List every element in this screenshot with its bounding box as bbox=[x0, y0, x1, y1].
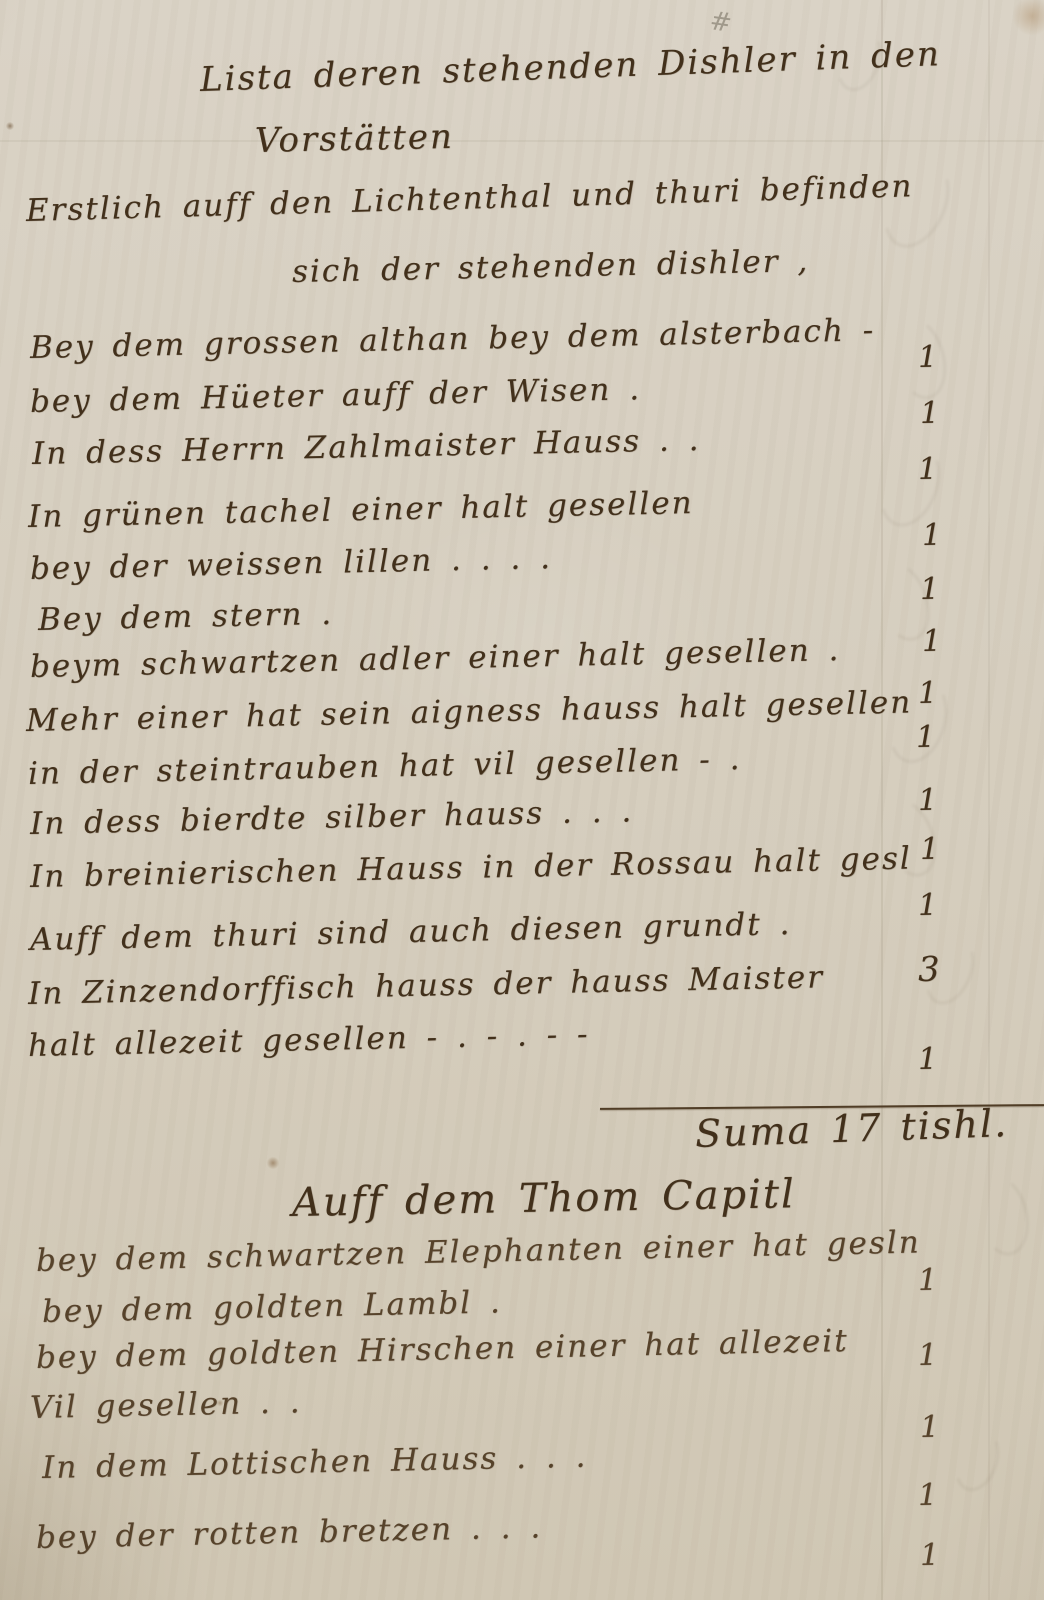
entry-line: bey dem goldten Hirschen einer hat allez… bbox=[36, 1323, 849, 1376]
sum-unit: tishl. bbox=[900, 1101, 1009, 1149]
entry-value: 1 bbox=[920, 572, 940, 607]
pencil-hash-mark: # bbox=[708, 6, 736, 39]
entry-value: 1 bbox=[918, 1263, 938, 1298]
entry-value: 1 bbox=[922, 624, 942, 659]
entry-line: In dess Herrn Zahlmaister Hauss . . bbox=[32, 422, 701, 472]
entry-line: Auff dem thuri sind auch diesen grundt . bbox=[30, 906, 792, 958]
manuscript-page: # Lista deren stehenden Dishler in den V… bbox=[0, 0, 1044, 1600]
sum-line: Suma17tishl. bbox=[694, 1100, 1027, 1156]
bleedthrough-mark bbox=[947, 1423, 1007, 1497]
fold-crease-vertical bbox=[988, 0, 990, 1600]
entry-value: 1 bbox=[916, 720, 936, 755]
entry-value: 1 bbox=[918, 340, 938, 375]
entry-line: In dess bierdte silber hauss . . . bbox=[30, 793, 634, 842]
entry-value: 1 bbox=[920, 1538, 940, 1573]
fold-crease-vertical bbox=[881, 0, 883, 1600]
entry-line: In breinierischen Hauss in der Rossau ha… bbox=[30, 841, 912, 895]
entry-line: bey dem schwartzen Elephanten einer hat … bbox=[36, 1224, 921, 1279]
entry-line: bey dem Hüeter auff der Wisen . bbox=[30, 371, 642, 420]
entry-value: 1 bbox=[920, 396, 940, 431]
entry-line: Vil gesellen . . bbox=[30, 1384, 302, 1426]
entry-value: 1 bbox=[918, 676, 938, 711]
entry-line: in der steintrauben hat vil gesellen - . bbox=[28, 741, 742, 792]
page-title-line-1: Lista deren stehenden Dishler in den bbox=[199, 34, 941, 100]
bleedthrough-mark bbox=[970, 1172, 1036, 1261]
entry-value: 1 bbox=[922, 518, 942, 553]
entry-line: Bey dem grossen althan bey dem alsterbac… bbox=[30, 312, 876, 366]
entry-value: 1 bbox=[918, 1338, 938, 1373]
entry-value: 1 bbox=[918, 1478, 938, 1513]
entry-value: 1 bbox=[918, 1042, 938, 1077]
sum-label: Suma bbox=[694, 1108, 813, 1156]
entry-value: 3 bbox=[918, 950, 940, 990]
entry-line: halt allezeit gesellen - . - . - - bbox=[28, 1016, 590, 1064]
page-title-line-2: Vorstätten bbox=[255, 117, 455, 161]
entry-line: bey der weissen lillen . . . . bbox=[30, 540, 553, 587]
fold-crease-horizontal bbox=[0, 140, 1044, 142]
entry-value: 1 bbox=[918, 888, 938, 923]
entry-line: In Zinzendorffisch hauss der hauss Maist… bbox=[28, 959, 825, 1012]
section1-heading-line-2: sich der stehenden dishler , bbox=[292, 243, 810, 290]
entry-value: 1 bbox=[918, 783, 938, 818]
sum-value: 17 bbox=[829, 1105, 883, 1151]
entry-value: 1 bbox=[918, 452, 938, 487]
entry-line: Mehr einer hat sein aigness hauss halt g… bbox=[26, 684, 913, 739]
entry-line: In grünen tachel einer halt gesellen bbox=[28, 485, 694, 535]
section2-heading: Auff dem Thom Capitl bbox=[292, 1171, 797, 1226]
section1-heading-line-1: Erstlich auff den Lichtenthal und thuri … bbox=[25, 168, 913, 229]
entry-line: bey der rotten bretzen . . . bbox=[36, 1509, 543, 1556]
entry-value: 1 bbox=[920, 1410, 940, 1445]
entry-value: 1 bbox=[920, 832, 940, 867]
entry-line: beym schwartzen adler einer halt geselle… bbox=[30, 632, 841, 685]
entry-line: In dem Lottischen Hauss . . . bbox=[42, 1439, 588, 1486]
entry-line: Bey dem stern . bbox=[38, 596, 334, 638]
entry-line: bey dem goldten Lambl . bbox=[42, 1284, 502, 1330]
